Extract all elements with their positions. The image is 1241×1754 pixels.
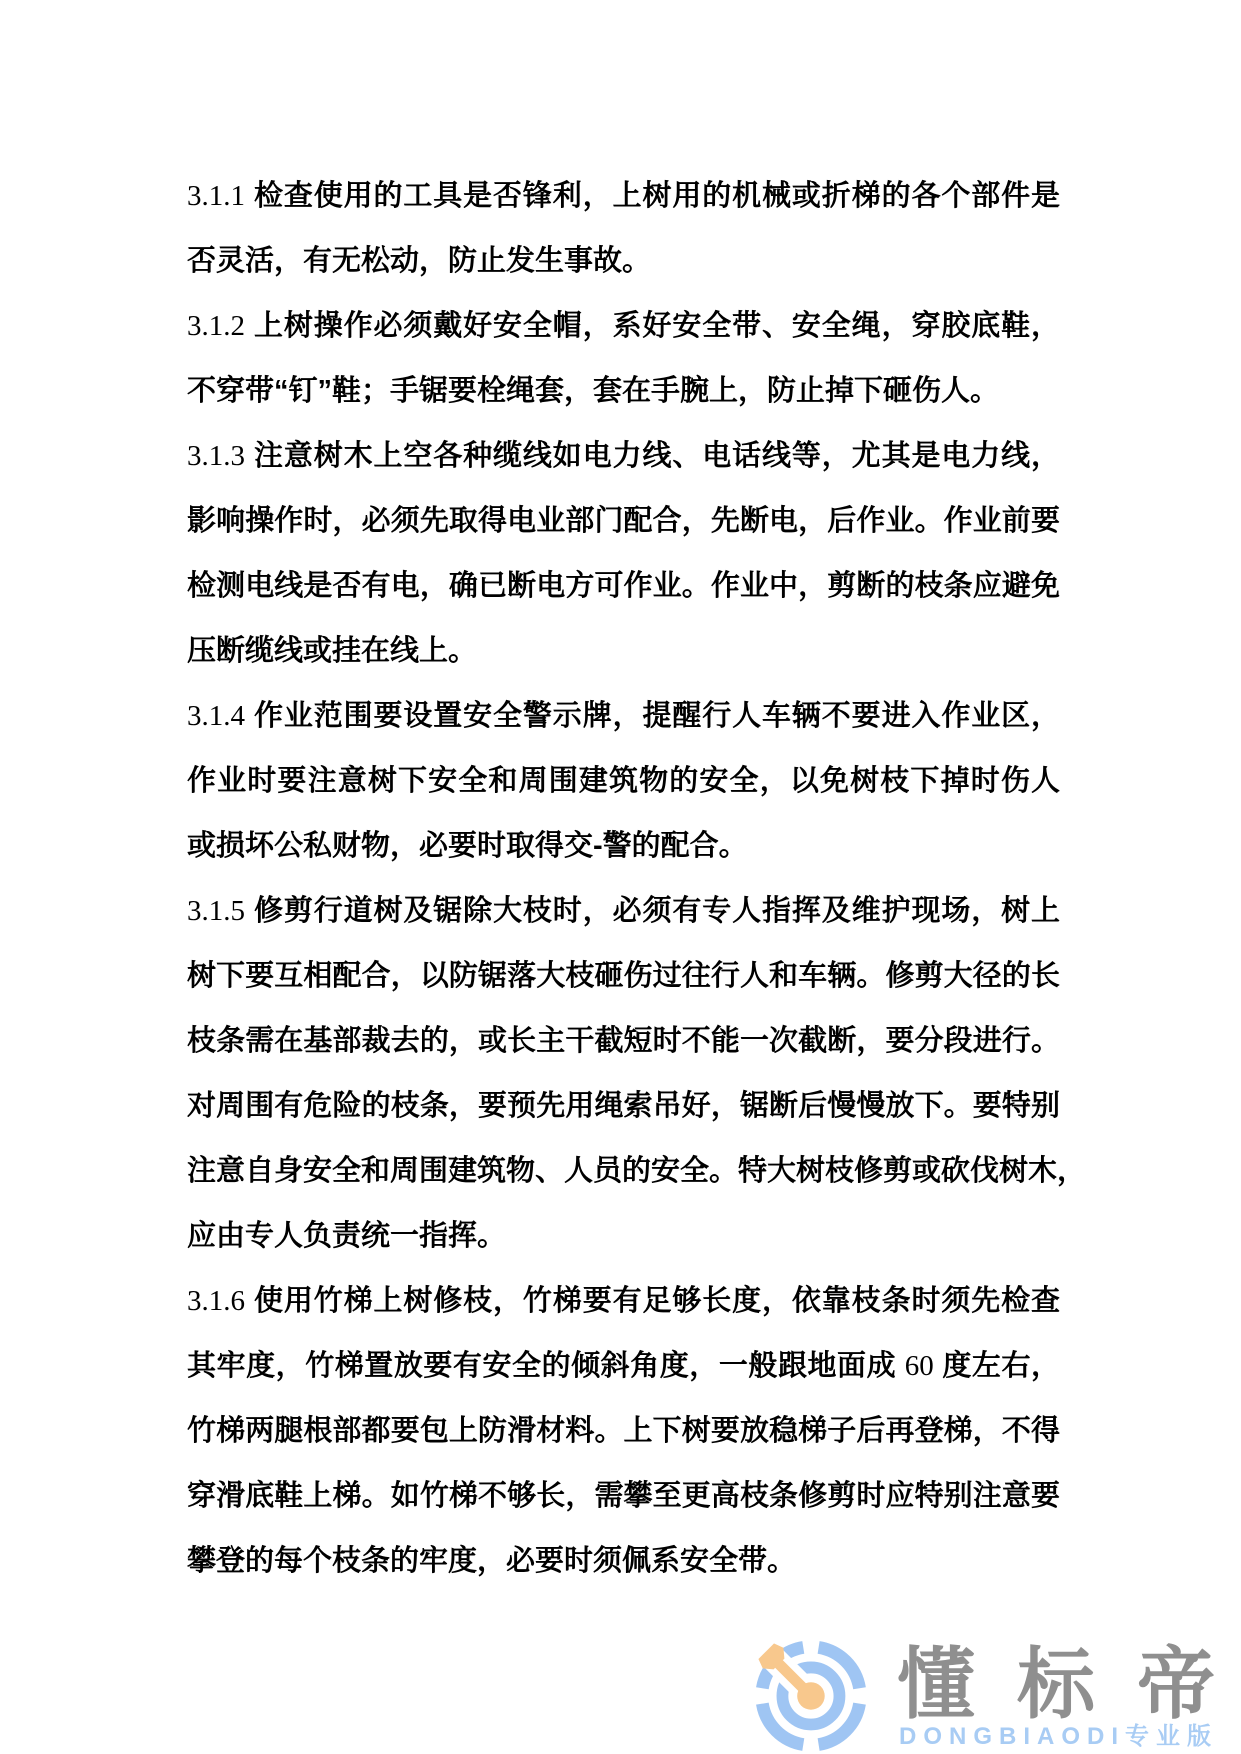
doc-line: 3.1.6 使用竹梯上树修枝，竹梯要有足够长度，依靠枝条时须先检查 [187,1269,1060,1334]
doc-line: 竹梯两腿根部都要包上防滑材料。上下树要放稳梯子后再登梯，不得 [187,1399,1060,1464]
paragraph-3-1-2: 3.1.2 上树操作必须戴好安全帽，系好安全带、安全绳，穿胶底鞋， 不穿带“钉”… [187,294,1060,424]
doc-line: 或损坏公私财物，必要时取得交-警的配合。 [187,814,1060,879]
doc-line: 应由专人负责统一指挥。 [187,1204,1060,1269]
watermark-brand-text: 懂标帝 [897,1645,1241,1723]
doc-line: 3.1.3 注意树木上空各种缆线如电力线、电话线等，尤其是电力线， [187,424,1060,489]
doc-line: 其牢度，竹梯置放要有安全的倾斜角度，一般跟地面成 60 度左右， [187,1334,1060,1399]
doc-line: 穿滑底鞋上梯。如竹梯不够长，需攀至更高枝条修剪时应特别注意要 [187,1464,1060,1529]
doc-line: 攀登的每个枝条的牢度，必要时须佩系安全带。 [187,1529,1060,1594]
paragraph-3-1-1: 3.1.1 检查使用的工具是否锋利，上树用的机械或折梯的各个部件是 否灵活，有无… [187,164,1060,294]
doc-line: 对周围有危险的枝条，要预先用绳索吊好，锯断后慢慢放下。要特别 [187,1074,1060,1139]
doc-line: 3.1.1 检查使用的工具是否锋利，上树用的机械或折梯的各个部件是 [187,164,1060,229]
document-text: 3.1.1 检查使用的工具是否锋利，上树用的机械或折梯的各个部件是 否灵活，有无… [187,164,1060,1594]
doc-line: 3.1.4 作业范围要设置安全警示牌，提醒行人车辆不要进入作业区， [187,684,1060,749]
doc-line: 不穿带“钉”鞋；手锯要栓绳套，套在手腕上，防止掉下砸伤人。 [187,359,1060,424]
paragraph-3-1-6: 3.1.6 使用竹梯上树修枝，竹梯要有足够长度，依靠枝条时须先检查 其牢度，竹梯… [187,1269,1060,1594]
doc-line: 3.1.5 修剪行道树及锯除大枝时，必须有专人指挥及维护现场，树上 [187,879,1060,944]
doc-line: 注意自身安全和周围建筑物、人员的安全。特大树枝修剪或砍伐树木， [187,1139,1060,1204]
target-dart-icon [749,1634,867,1754]
watermark-subtitle-text: DONGBIAODI专业版 [899,1724,1218,1750]
doc-line: 压断缆线或挂在线上。 [187,619,1060,684]
paragraph-3-1-5: 3.1.5 修剪行道树及锯除大枝时，必须有专人指挥及维护现场，树上 树下要互相配… [187,879,1060,1269]
doc-line: 检测电线是否有电，确已断电方可作业。作业中，剪断的枝条应避免 [187,554,1060,619]
paragraph-3-1-4: 3.1.4 作业范围要设置安全警示牌，提醒行人车辆不要进入作业区， 作业时要注意… [187,684,1060,879]
doc-line: 枝条需在基部裁去的，或长主干截短时不能一次截断，要分段进行。 [187,1009,1060,1074]
doc-line: 3.1.2 上树操作必须戴好安全帽，系好安全带、安全绳，穿胶底鞋， [187,294,1060,359]
doc-line: 影响操作时，必须先取得电业部门配合，先断电，后作业。作业前要 [187,489,1060,554]
doc-line: 否灵活，有无松动，防止发生事故。 [187,229,1060,294]
paragraph-3-1-3: 3.1.3 注意树木上空各种缆线如电力线、电话线等，尤其是电力线， 影响操作时，… [187,424,1060,684]
doc-line: 树下要互相配合，以防锯落大枝砸伤过往行人和车辆。修剪大径的长 [187,944,1060,1009]
doc-line: 作业时要注意树下安全和周围建筑物的安全，以免树枝下掉时伤人 [187,749,1060,814]
